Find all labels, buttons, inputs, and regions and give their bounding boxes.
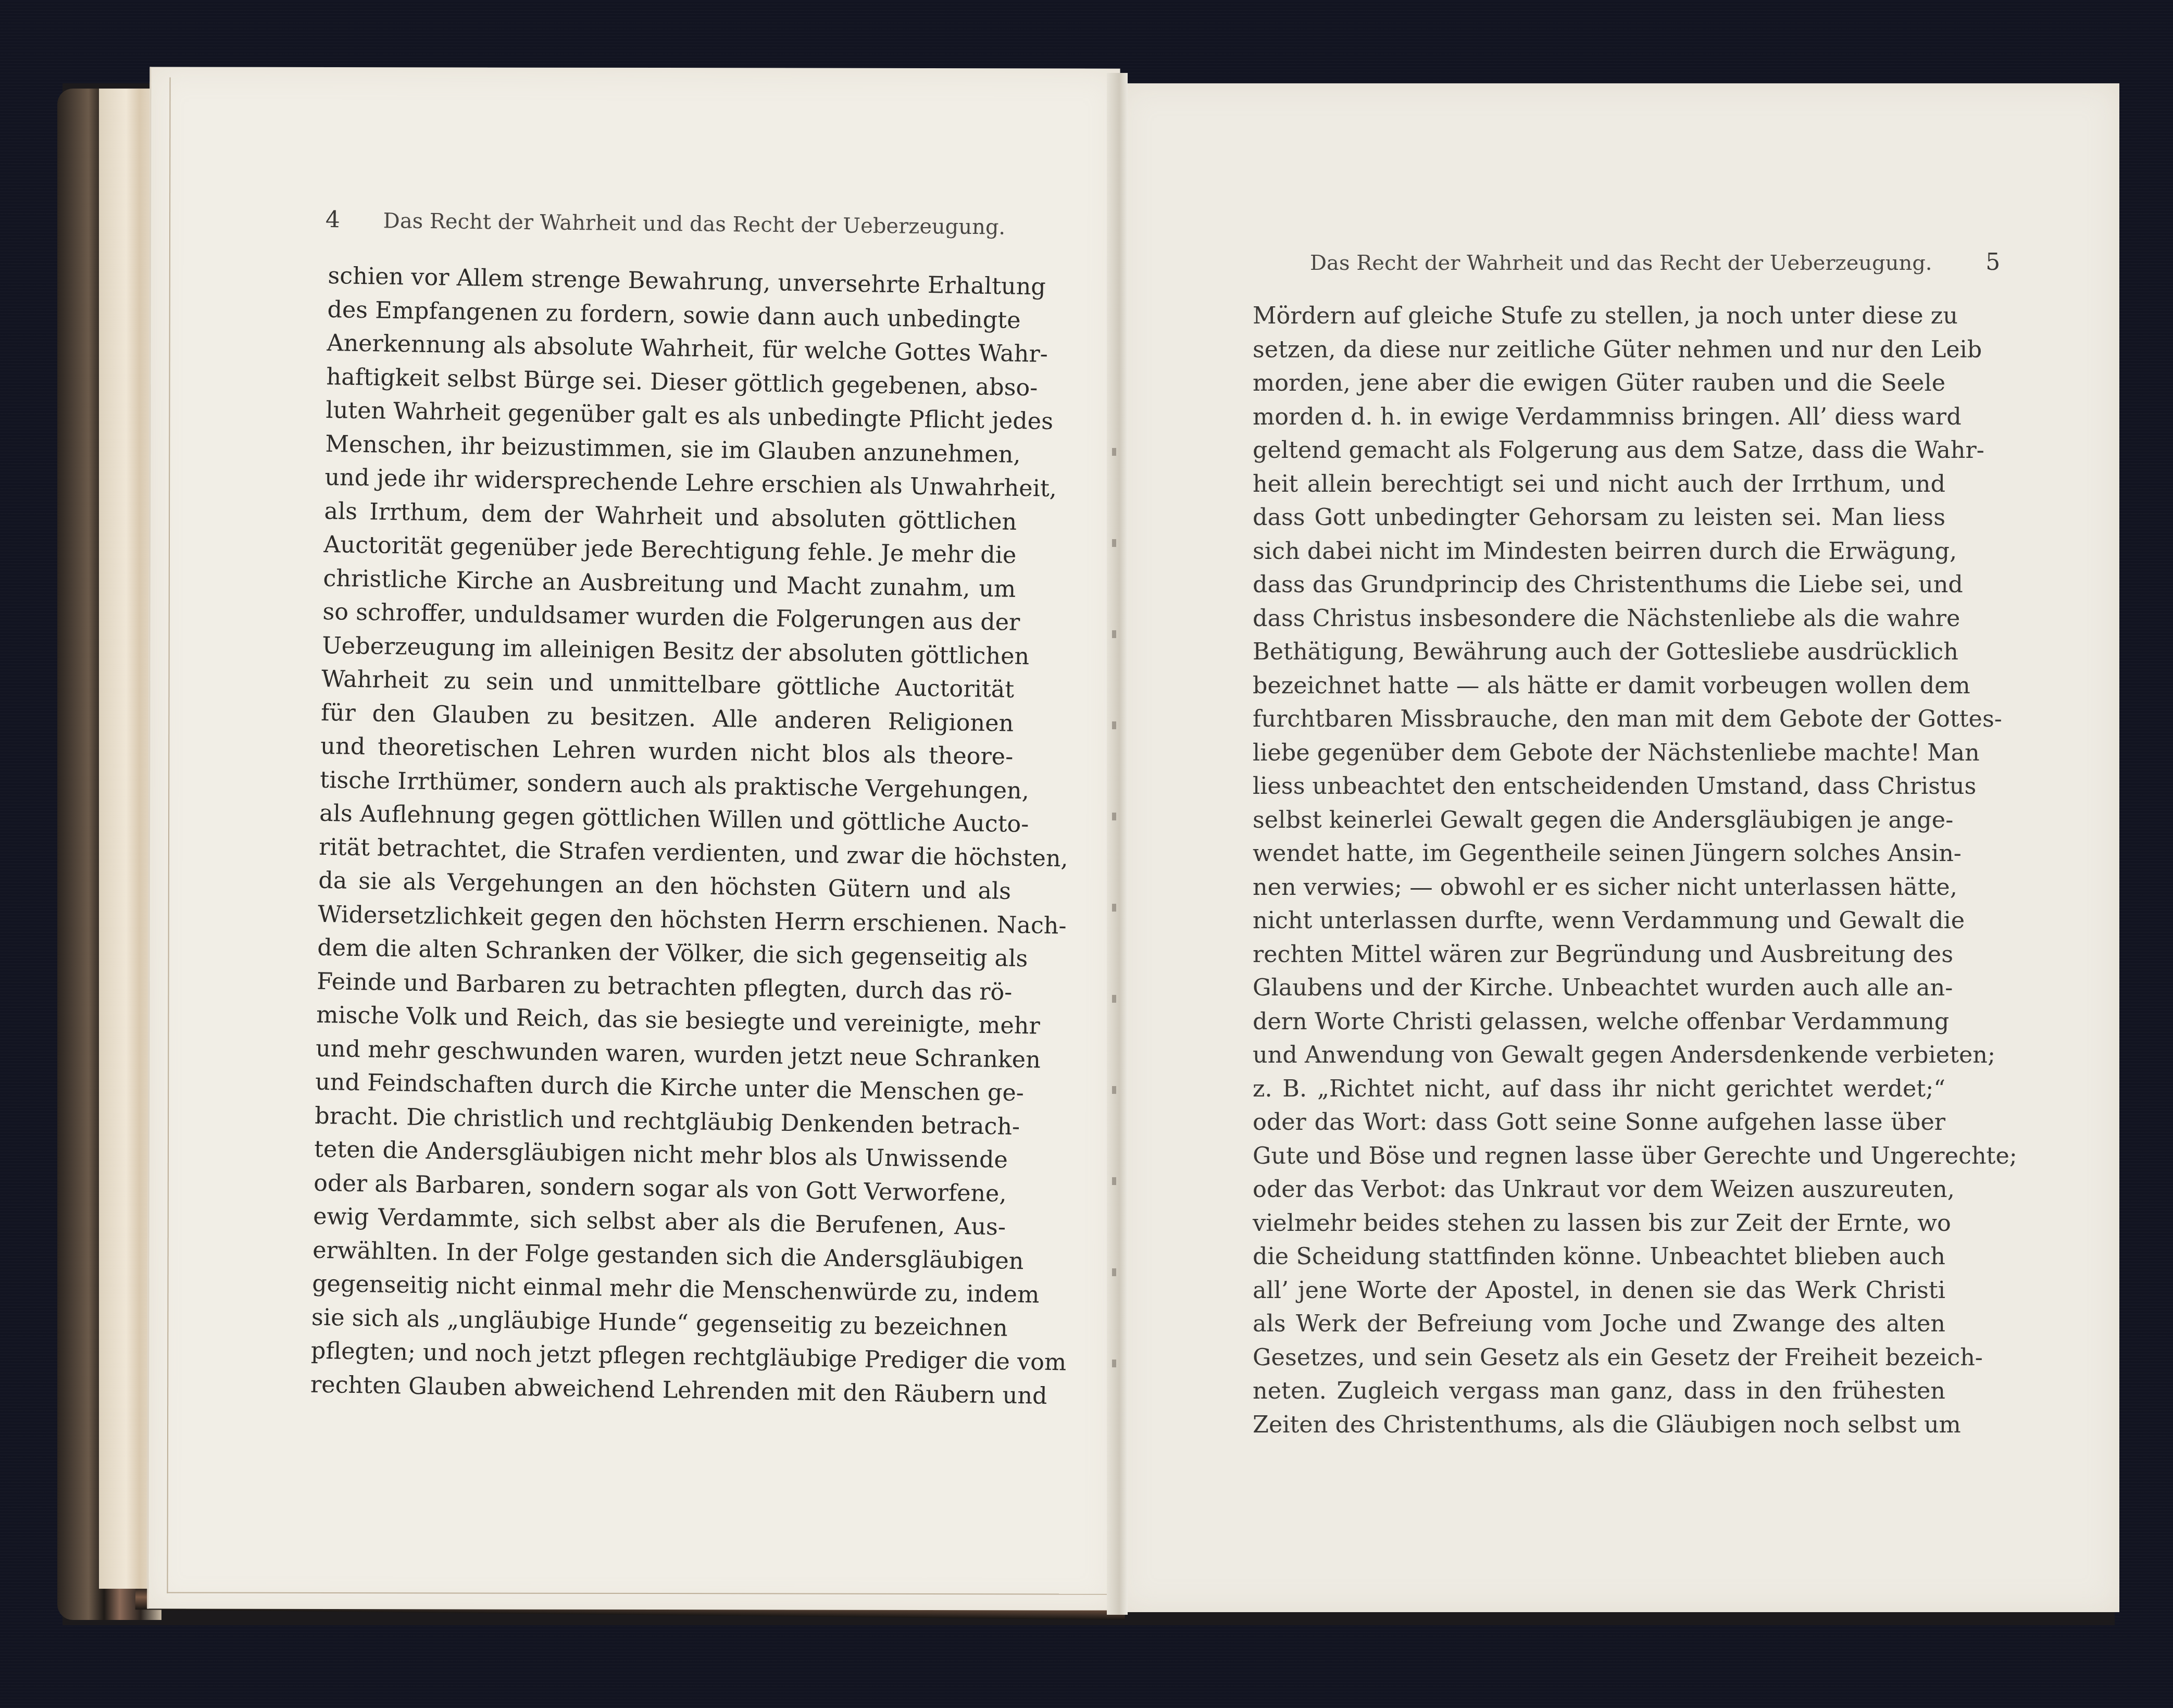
binding-stitches [1112,365,1116,1406]
right-running-head: Das Recht der Wahrheit und das Recht der… [1310,249,2000,276]
text-line: oder das Wort: dass Gott seine Sonne auf… [1253,1106,1945,1140]
text-line: vielmehr beides stehen zu lassen bis zur… [1253,1207,1945,1241]
text-line: die Scheidung stattfinden könne. Unbeach… [1253,1240,1945,1274]
text-line: oder das Verbot: das Unkraut vor dem Wei… [1253,1173,1945,1207]
right-page-body: Mördern auf gleiche Stufe zu stellen, ja… [1253,300,1945,1442]
left-page-number: 4 [326,206,341,233]
text-line: dern Worte Christi gelassen, welche offe… [1253,1005,1945,1039]
text-line: neten. Zugleich vergass man ganz, dass i… [1253,1375,1945,1408]
text-line: setzen, da diese nur zeitliche Güter neh… [1253,333,1945,367]
text-line: wendet hatte, im Gegentheile seinen Jüng… [1253,837,1945,871]
text-line: liebe gegenüber dem Gebote der Nächstenl… [1253,737,1945,770]
text-line: heit allein berechtigt sei und nicht auc… [1253,468,1945,502]
left-page-body: schien vor Allem strenge Bewahrung, unve… [310,259,1021,1413]
text-line: morden, jene aber die ewigen Güter raube… [1253,367,1945,401]
text-line: all’ jene Worte der Apostel, in denen si… [1253,1274,1945,1308]
text-line: Bethätigung, Bewährung auch der Gottesli… [1253,635,1945,669]
right-page-number: 5 [1985,249,2000,276]
text-line: als Werk der Befreiung vom Joche und Zwa… [1253,1307,1945,1341]
text-line: dass Christus insbesondere die Nächstenl… [1253,602,1945,636]
text-line: Gesetzes, und sein Gesetz als ein Gesetz… [1253,1341,1945,1375]
text-line: nen verwies; — obwohl er es sicher nicht… [1253,871,1945,905]
text-line: nicht unterlassen durfte, wenn Verdammun… [1253,904,1945,938]
text-line: morden d. h. in ewige Verdammniss bringe… [1253,401,1945,434]
text-line: Gute und Böse und regnen lasse über Gere… [1253,1140,1945,1174]
text-line: rechten Mittel wären zur Begründung und … [1253,938,1945,972]
book-gutter [1107,73,1128,1615]
text-line: liess unbeachtet den entscheidenden Umst… [1253,770,1945,804]
text-line: Mördern auf gleiche Stufe zu stellen, ja… [1253,300,1945,333]
text-line: dass das Grundprincip des Christenthums … [1253,568,1945,602]
text-line: geltend gemacht als Folgerung aus dem Sa… [1253,434,1945,468]
right-running-head-title: Das Recht der Wahrheit und das Recht der… [1310,251,1932,275]
text-line: furchtbaren Missbrauche, den man mit dem… [1253,703,1945,737]
text-line: selbst keinerlei Gewalt gegen die Anders… [1253,804,1945,838]
text-line: dass Gott unbedingter Gehorsam zu leiste… [1253,501,1945,535]
text-line: bezeichnet hatte — als hätte er damit vo… [1253,669,1945,703]
text-line: Zeiten des Christenthums, als die Gläubi… [1253,1408,1945,1442]
text-line: und Anwendung von Gewalt gegen Andersden… [1253,1039,1945,1073]
text-line: Glaubens und der Kirche. Unbeachtet wurd… [1253,971,1945,1005]
text-line: sich dabei nicht im Mindesten beirren du… [1253,535,1945,569]
text-line: z. B. „Richtet nicht, auf dass ihr nicht… [1253,1073,1945,1106]
